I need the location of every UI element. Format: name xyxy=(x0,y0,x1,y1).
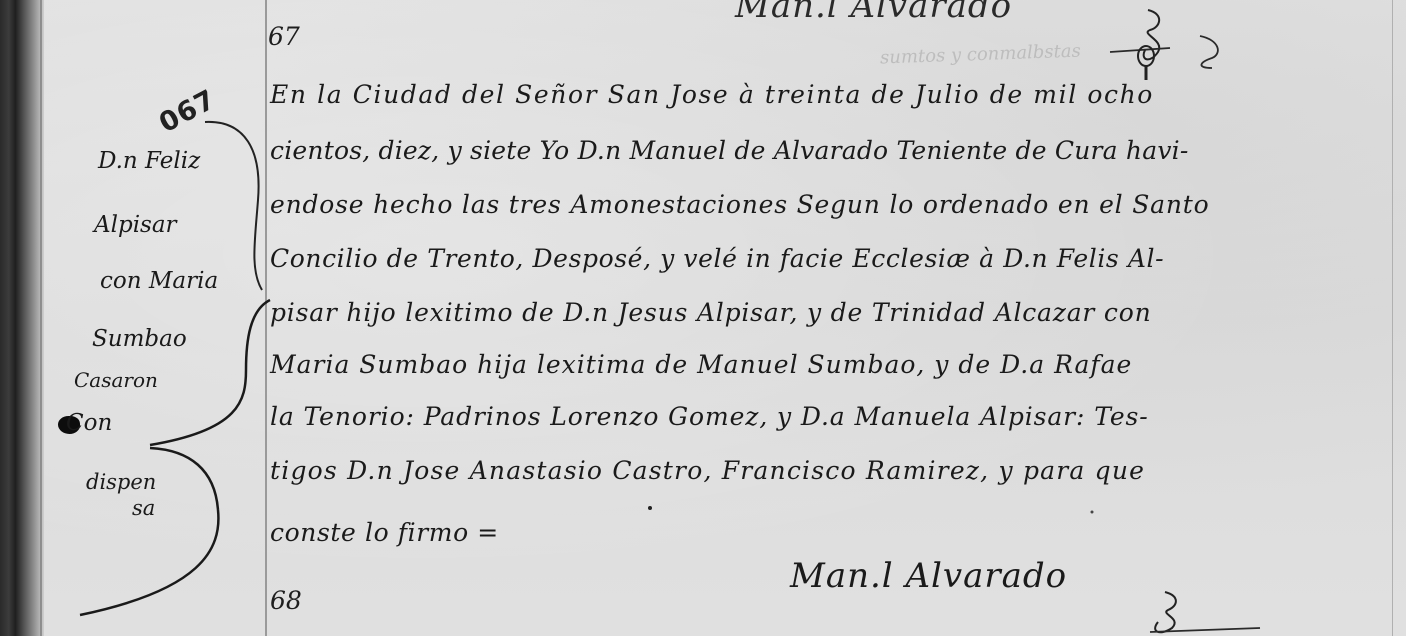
entry-number-bottom: 68 xyxy=(270,586,302,615)
body-line-4: Concilio de Trento, Desposé, y velé in f… xyxy=(270,244,1164,273)
margin-note-line-8: sa xyxy=(132,496,155,520)
body-line-8: tigos D.n Jose Anastasio Castro, Francis… xyxy=(270,456,1145,485)
margin-brace-middle-icon xyxy=(150,300,270,445)
body-line-6: Maria Sumbao hija lexitima de Manuel Sum… xyxy=(270,350,1132,379)
margin-note-line-1: D.n Feliz xyxy=(98,148,200,174)
manuscript-page: sumtos y conmalbstas Man.l Alvarado 67 0… xyxy=(0,0,1406,636)
margin-note-line-7: dispen xyxy=(86,470,156,494)
body-line-9: conste lo firmo = xyxy=(270,518,499,547)
footer-rubric-icon xyxy=(1155,592,1176,632)
margin-note-line-4: Sumbao xyxy=(92,326,187,352)
body-line-1: En la Ciudad del Señor San Jose à treint… xyxy=(270,80,1154,109)
body-line-3: endose hecho las tres Amonestaciones Seg… xyxy=(270,190,1209,219)
top-rubric-icon xyxy=(1144,10,1160,59)
top-rubric-loop-icon xyxy=(1110,36,1218,68)
body-line-7: la Tenorio: Padrinos Lorenzo Gomez, y D.… xyxy=(270,402,1149,431)
margin-note-line-6: Con xyxy=(66,410,112,436)
footer-signature: Man.l Alvarado xyxy=(790,556,1067,596)
entry-number-top: 67 xyxy=(268,22,300,51)
body-line-2: cientos, diez, y siete Yo D.n Manuel de … xyxy=(270,136,1189,165)
book-binding-gutter xyxy=(0,0,44,636)
margin-note-line-2: Alpisar xyxy=(94,212,177,238)
gutter-edge-line xyxy=(40,0,42,636)
header-signature: Man.l Alvarado xyxy=(735,0,1012,26)
bleed-through-text: sumtos y conmalbstas xyxy=(880,41,1081,69)
margin-rule-line xyxy=(265,0,267,636)
margin-brace-upper-icon xyxy=(205,122,262,290)
body-line-5: pisar hijo lexitimo de D.n Jesus Alpisar… xyxy=(270,298,1151,327)
margin-note-line-5: Casaron xyxy=(74,368,158,392)
stamp-number: 067 xyxy=(154,84,221,139)
right-edge-line xyxy=(1392,0,1393,636)
margin-note-line-3: con Maria xyxy=(100,268,218,294)
